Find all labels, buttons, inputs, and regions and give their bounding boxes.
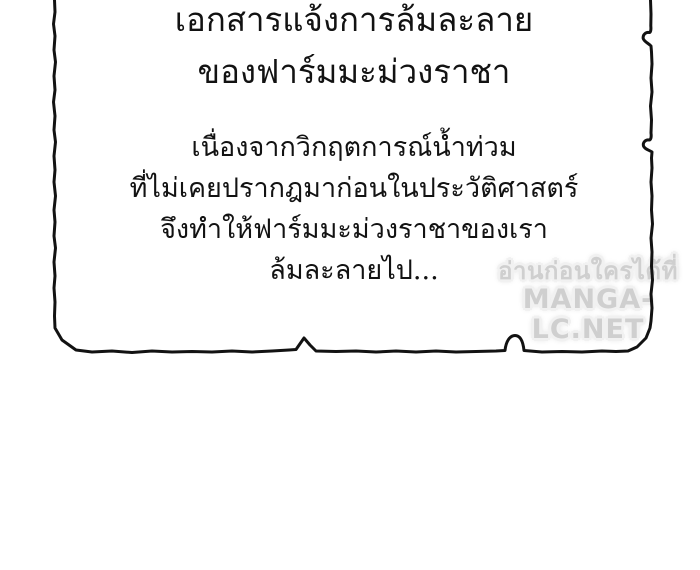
document-body-line-2: ที่ไม่เคยปรากฎมาก่อนในประวัติศาสตร์: [58, 168, 650, 209]
document-body: เนื่องจากวิกฤตการณ์น้ำท่วม ที่ไม่เคยปราก…: [58, 127, 650, 291]
document-body-line-3: จึงทำให้ฟาร์มมะม่วงราชาของเรา: [58, 209, 650, 250]
watermark-site: MANGA-LC.NET: [482, 285, 694, 345]
document-title: เอกสารแจ้งการล้มละลาย ของฟาร์มมะม่วงราชา: [58, 0, 650, 98]
document-title-line-2: ของฟาร์มมะม่วงราชา: [58, 46, 650, 98]
document-body-line-4: ล้มละลายไป...: [58, 250, 650, 291]
document-title-line-1: เอกสารแจ้งการล้มละลาย: [58, 0, 650, 46]
document-body-line-1: เนื่องจากวิกฤตการณ์น้ำท่วม: [58, 127, 650, 168]
manga-page: เอกสารแจ้งการล้มละลาย ของฟาร์มมะม่วงราชา…: [0, 0, 700, 570]
